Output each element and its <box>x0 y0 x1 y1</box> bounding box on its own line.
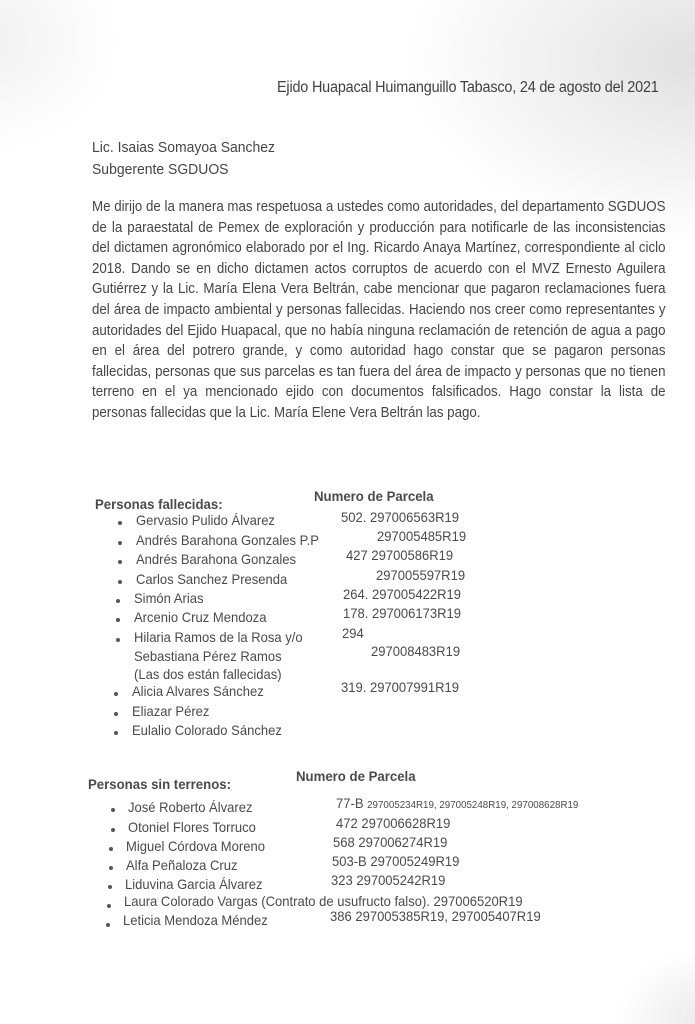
landless-parcel-numbers: 297005234R19, 297005248R19, 297008628R19 <box>367 799 578 811</box>
deceased-name: Hilaria Ramos de la Rosa y/o <box>134 629 303 645</box>
bullet-icon <box>111 808 115 812</box>
bullet-icon <box>118 560 122 564</box>
landless-section-heading: Personas sin terrenos: <box>88 777 231 793</box>
landless-parcel-column-heading: Numero de Parcela <box>296 769 416 785</box>
bullet-icon <box>114 712 118 716</box>
deceased-name: Andrés Barahona Gonzales P.P <box>136 532 319 548</box>
deceased-name: Gervasio Pulido Álvarez <box>136 512 275 528</box>
deceased-parcel-column-heading: Numero de Parcela <box>314 489 434 505</box>
bullet-icon <box>111 828 115 832</box>
landless-parcel: 472 297006628R19 <box>336 815 450 831</box>
landless-parcel: 323 297005242R19 <box>331 872 445 888</box>
landless-parcel: 386 297005385R19, 297005407R19 <box>330 908 541 924</box>
deceased-name: Eliazar Pérez <box>132 703 209 719</box>
deceased-name: Simón Arias <box>134 590 203 606</box>
bullet-icon <box>107 904 111 908</box>
bullet-icon <box>118 521 122 525</box>
landless-name: Otoniel Flores Torruco <box>128 819 256 835</box>
deceased-parcel: 294 <box>342 625 364 641</box>
bullet-icon <box>109 847 113 851</box>
landless-name: Liduvina Garcia Álvarez <box>125 876 263 892</box>
deceased-name: Carlos Sanchez Presenda <box>136 571 287 587</box>
deceased-parcel: 297005597R19 <box>376 567 465 583</box>
bullet-icon <box>116 618 120 622</box>
deceased-parcel: 427 29700586R19 <box>346 547 453 563</box>
recipient-name: Lic. Isaias Somayoa Sanchez <box>92 137 275 159</box>
bullet-icon <box>116 599 120 603</box>
landless-name: Laura Colorado Vargas (Contrato de usufr… <box>124 893 523 909</box>
bullet-icon <box>118 541 122 545</box>
deceased-parcel: 502. 297006563R19 <box>341 509 459 525</box>
bullet-icon <box>108 885 112 889</box>
landless-name: Leticia Mendoza Méndez <box>123 912 268 928</box>
landless-name: Alfa Peñaloza Cruz <box>126 857 237 873</box>
deceased-parcel: 264. 297005422R19 <box>343 586 461 602</box>
bullet-icon <box>114 692 118 696</box>
deceased-note: (Las dos están fallecidas) <box>134 666 282 682</box>
place-date-line: Ejido Huapacal Huimanguillo Tabasco, 24 … <box>277 79 659 97</box>
bullet-icon <box>109 866 113 870</box>
bullet-icon <box>116 638 120 642</box>
landless-parcel: 503-B 297005249R19 <box>332 853 459 869</box>
deceased-parcel: 319. 297007991R19 <box>341 679 459 695</box>
deceased-parcel: 178. 297006173R19 <box>343 605 461 621</box>
bullet-icon <box>118 580 122 584</box>
scanned-letter-page: Ejido Huapacal Huimanguillo Tabasco, 24 … <box>0 0 695 1024</box>
deceased-name: Andrés Barahona Gonzales <box>136 551 296 567</box>
landless-parcel: 568 297006274R19 <box>333 834 447 850</box>
bullet-icon <box>106 923 110 927</box>
landless-name: Miguel Córdova Moreno <box>126 838 265 854</box>
deceased-name: Eulalio Colorado Sánchez <box>132 722 282 738</box>
deceased-name: Alicia Alvares Sánchez <box>132 683 264 699</box>
deceased-name: Sebastiana Pérez Ramos <box>134 648 282 664</box>
deceased-parcel: 297008483R19 <box>371 643 460 659</box>
letter-body-paragraph: Me dirijo de la manera mas respetuosa a … <box>92 197 666 424</box>
bullet-icon <box>114 731 118 735</box>
landless-parcel: 77-B 297005234R19, 297005248R19, 2970086… <box>336 795 578 811</box>
deceased-section-heading: Personas fallecidas: <box>95 497 223 513</box>
recipient-title: Subgerente SGDUOS <box>92 159 275 181</box>
deceased-name: Arcenio Cruz Mendoza <box>134 609 266 625</box>
recipient-block: Lic. Isaias Somayoa Sanchez Subgerente S… <box>92 137 275 181</box>
landless-parcel-prefix: 77-B <box>336 795 364 811</box>
deceased-parcel: 297005485R19 <box>377 528 466 544</box>
landless-name: José Roberto Álvarez <box>128 799 252 815</box>
